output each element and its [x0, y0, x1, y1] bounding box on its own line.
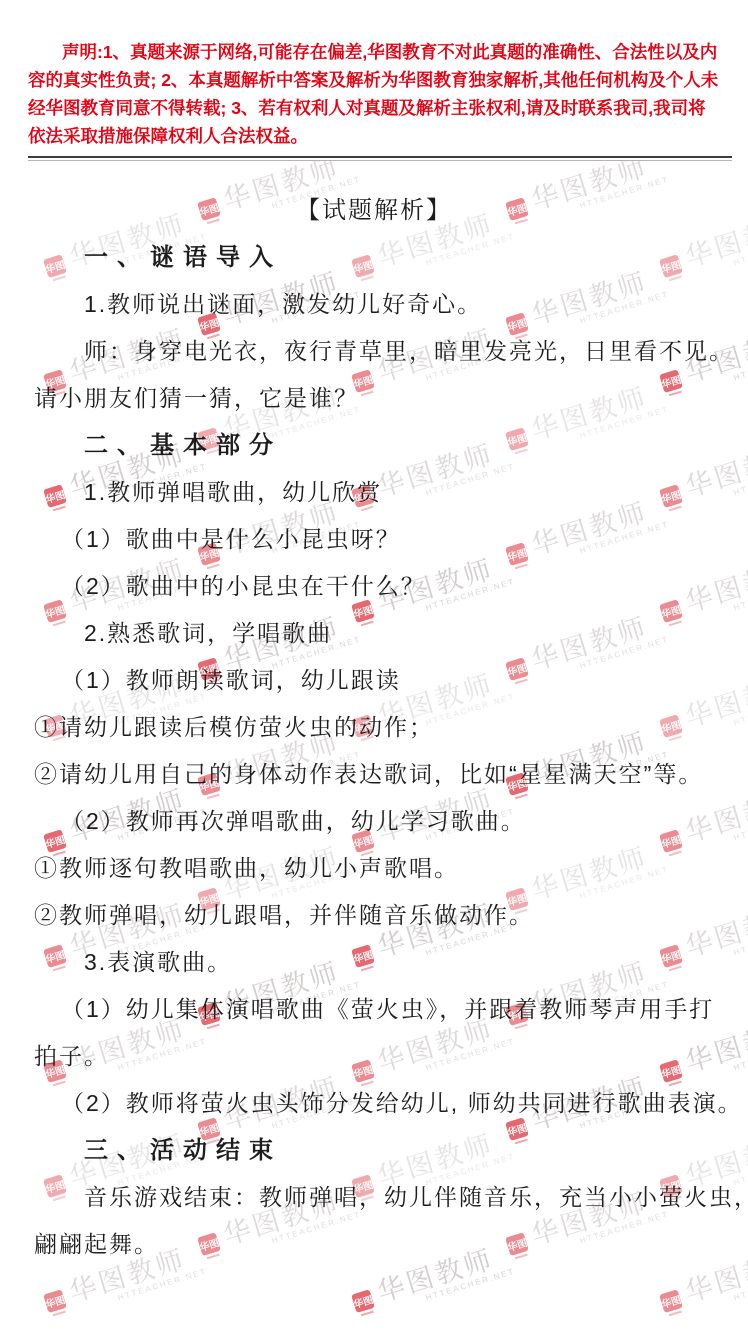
section-heading: 二、基本部分	[34, 422, 714, 469]
paragraph-line: 1.教师弹唱歌曲，幼儿欣赏	[34, 469, 714, 516]
watermark-brand-subtext: HTTEACHER.NET	[733, 1268, 748, 1303]
paragraph-line: ①请幼儿跟读后模仿萤火虫的动作；	[34, 704, 714, 751]
paragraph-line: （2）歌曲中的小昆虫在干什么？	[34, 563, 714, 610]
watermark-brand-subtext: HTTEACHER.NET	[425, 1268, 516, 1303]
paragraph-line: 师：身穿电光衣，夜行青草里，暗里发亮光，日里看不见。	[34, 328, 714, 375]
paragraph-line: ②教师弹唱，幼儿跟唱，并伴随音乐做动作。	[34, 892, 714, 939]
paragraph-line: ①教师逐句教唱歌曲，幼儿小声歌唱。	[34, 845, 714, 892]
paragraph-line: （2）教师再次弹唱歌曲，幼儿学习歌曲。	[34, 798, 714, 845]
section-divider	[28, 156, 732, 161]
paragraph-line: 2.熟悉歌词，学唱歌曲	[34, 610, 714, 657]
disclaimer-line: 依法采取措施保障权利人合法权益。	[28, 122, 732, 150]
document-body: 【试题解析】 一、谜语导入1.教师说出谜面，激发幼儿好奇心。师：身穿电光衣，夜行…	[34, 187, 714, 1268]
svg-text:华图: 华图	[352, 1293, 375, 1311]
paragraph-line: 请小朋友们猜一猜，它是谁？	[34, 375, 714, 422]
section-heading: 三、活动结束	[34, 1127, 714, 1174]
disclaimer-line: 声明:1、真题来源于网络,可能存在偏差,华图教育不对此真题的准确性、合法性以及内	[28, 38, 732, 66]
paragraph-line: 3.表演歌曲。	[34, 939, 714, 986]
disclaimer: 声明:1、真题来源于网络,可能存在偏差,华图教育不对此真题的准确性、合法性以及内…	[28, 38, 732, 150]
svg-text:华图: 华图	[660, 1293, 683, 1311]
paragraph-line: ②请幼儿用自己的身体动作表达歌词，比如“星星满天空”等。	[34, 751, 714, 798]
huatu-seal-icon: 华图	[658, 1289, 684, 1318]
doc-title: 【试题解析】	[34, 187, 714, 234]
watermark-brand-subtext: HTTEACHER.NET	[117, 1268, 208, 1303]
paragraph-line: （1）教师朗读歌词，幼儿跟读	[34, 657, 714, 704]
huatu-seal-icon: 华图	[42, 1289, 68, 1318]
paragraph-line: 1.教师说出谜面，激发幼儿好奇心。	[34, 281, 714, 328]
paragraph-line: （1）歌曲中是什么小昆虫呀？	[34, 516, 714, 563]
document-content: 声明:1、真题来源于网络,可能存在偏差,华图教育不对此真题的准确性、合法性以及内…	[0, 38, 748, 1268]
section-heading: 一、谜语导入	[34, 234, 714, 281]
document-page: 华图华图教师HTTEACHER.NET华图华图教师HTTEACHER.NET华图…	[0, 0, 748, 1335]
disclaimer-line: 容的真实性负责; 2、本真题解析中答案及解析为华图教育独家解析,其他任何机构及个…	[28, 66, 732, 94]
paragraph-line: （1）幼儿集体演唱歌曲《萤火虫》，并跟着教师琴声用手打	[34, 986, 714, 1033]
paragraph-line: （2）教师将萤火虫头饰分发给幼儿, 师幼共同进行歌曲表演。	[34, 1080, 714, 1127]
paragraph-line: 翩翩起舞。	[34, 1221, 714, 1268]
huatu-seal-icon: 华图	[350, 1289, 376, 1318]
paragraph-line: 音乐游戏结束：教师弹唱，幼儿伴随音乐，充当小小萤火虫，	[34, 1174, 714, 1221]
paragraph-line: 拍子。	[34, 1033, 714, 1080]
svg-text:华图: 华图	[44, 1293, 67, 1311]
disclaimer-line: 经华图教育同意不得转载; 3、若有权利人对真题及解析主张权利,请及时联系我司,我…	[28, 94, 732, 122]
